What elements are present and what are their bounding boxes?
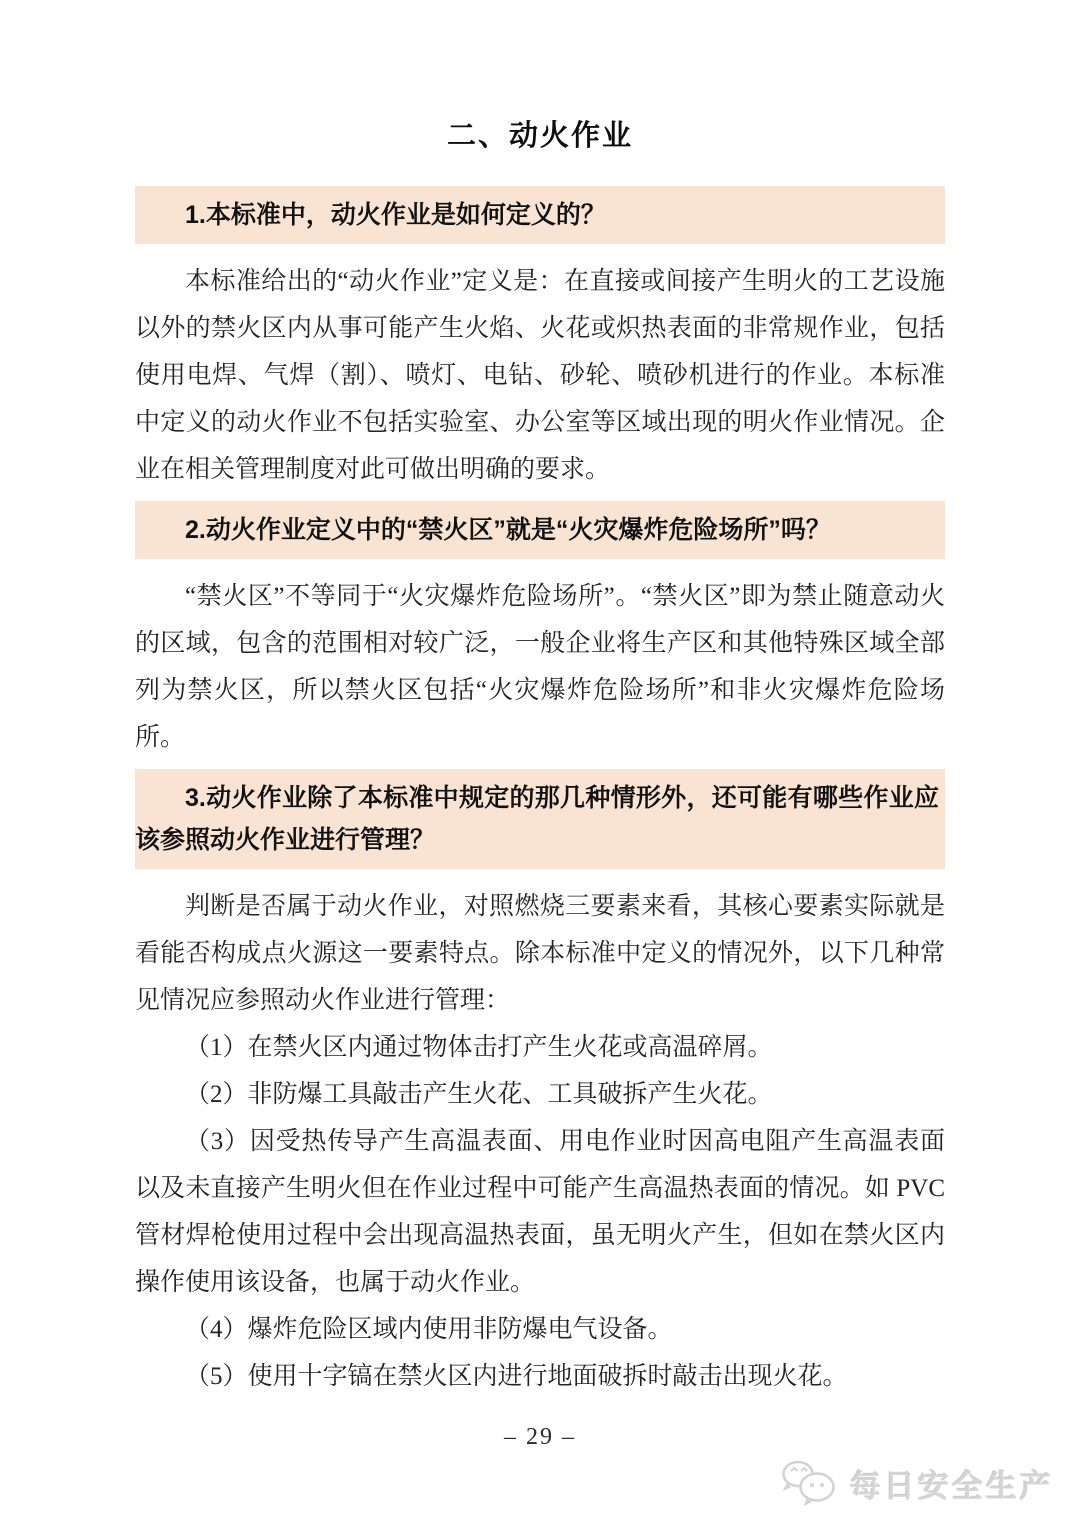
- question-1-heading: 1.本标准中，动火作业是如何定义的？: [135, 186, 945, 244]
- document-page: 二、动火作业 1.本标准中，动火作业是如何定义的？ 本标准给出的“动火作业”定义…: [0, 0, 1080, 1451]
- wechat-icon: [778, 1458, 840, 1508]
- watermark-label: 每日安全生产: [850, 1461, 1054, 1506]
- list-item-3: （3）因受热传导产生高温表面、用电作业时因高电阻产生高温表面以及未直接产生明火但…: [135, 1118, 945, 1306]
- page-title: 二、动火作业: [135, 116, 945, 156]
- page-number: – 29 –: [135, 1424, 945, 1451]
- question-1-answer-paragraph: 本标准给出的“动火作业”定义是：在直接或间接产生明火的工艺设施以外的禁火区内从事…: [135, 258, 945, 493]
- list-item-1: （1）在禁火区内通过物体击打产生火花或高温碎屑。: [135, 1024, 945, 1071]
- question-3-heading: 3.动火作业除了本标准中规定的那几种情形外，还可能有哪些作业应该参照动火作业进行…: [135, 769, 945, 869]
- list-item-5: （5）使用十字镐在禁火区内进行地面破拆时敲击出现火花。: [135, 1353, 945, 1400]
- list-item-2: （2）非防爆工具敲击产生火花、工具破拆产生火花。: [135, 1071, 945, 1118]
- question-2-answer-paragraph: “禁火区”不等同于“火灾爆炸危险场所”。“禁火区”即为禁止随意动火的区域，包含的…: [135, 573, 945, 761]
- watermark: 每日安全生产: [778, 1458, 1054, 1508]
- question-3-answer-intro: 判断是否属于动火作业，对照燃烧三要素来看，其核心要素实际就是看能否构成点火源这一…: [135, 883, 945, 1024]
- list-item-4: （4）爆炸危险区域内使用非防爆电气设备。: [135, 1306, 945, 1353]
- question-2-heading: 2.动火作业定义中的“禁火区”就是“火灾爆炸危险场所”吗？: [135, 501, 945, 559]
